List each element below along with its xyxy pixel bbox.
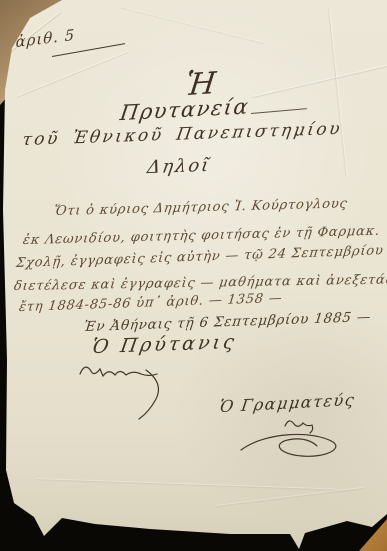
body-line: διετέλεσε καὶ ἐγγραφεὶς — μαθήματα καὶ ἀ… <box>13 272 387 294</box>
paper-sheet: ἀριθ. 5 Ἡ Πρυτανεία τοῦ Ἐθνικοῦ Πανεπιστ… <box>0 0 387 551</box>
body-line: ἔτη 1884-85-86 ὑπ᾽ ἀριθ. — 1358 — <box>18 291 283 315</box>
masthead-declares: Δηλοῖ <box>146 155 212 178</box>
prytanis-signature-icon <box>74 358 204 423</box>
paper-crease <box>215 487 364 506</box>
prytanis-title: Ὁ Πρύτανις <box>90 331 238 358</box>
secretary-title: Ὁ Γραμματεύς <box>218 390 356 416</box>
paper-crease <box>329 8 348 177</box>
ref-number: ἀριθ. 5 <box>15 26 75 52</box>
paper-crease <box>252 65 387 97</box>
paper-crease <box>36 478 336 489</box>
paper-crease <box>16 51 128 97</box>
scanned-document-page: ἀριθ. 5 Ἡ Πρυτανεία τοῦ Ἐθνικοῦ Πανεπιστ… <box>0 0 387 551</box>
masthead-university: τοῦ Ἐθνικοῦ Πανεπιστημίου <box>21 119 344 150</box>
secretary-signature-icon <box>233 416 348 464</box>
body-line: Ὅτι ὁ κύριος Δημήτριος Ἰ. Κούρτογλους <box>53 196 349 219</box>
masthead-flourish <box>251 108 307 114</box>
paper-crease <box>120 6 266 43</box>
masthead-prytaneia: Πρυτανεία <box>119 94 251 125</box>
